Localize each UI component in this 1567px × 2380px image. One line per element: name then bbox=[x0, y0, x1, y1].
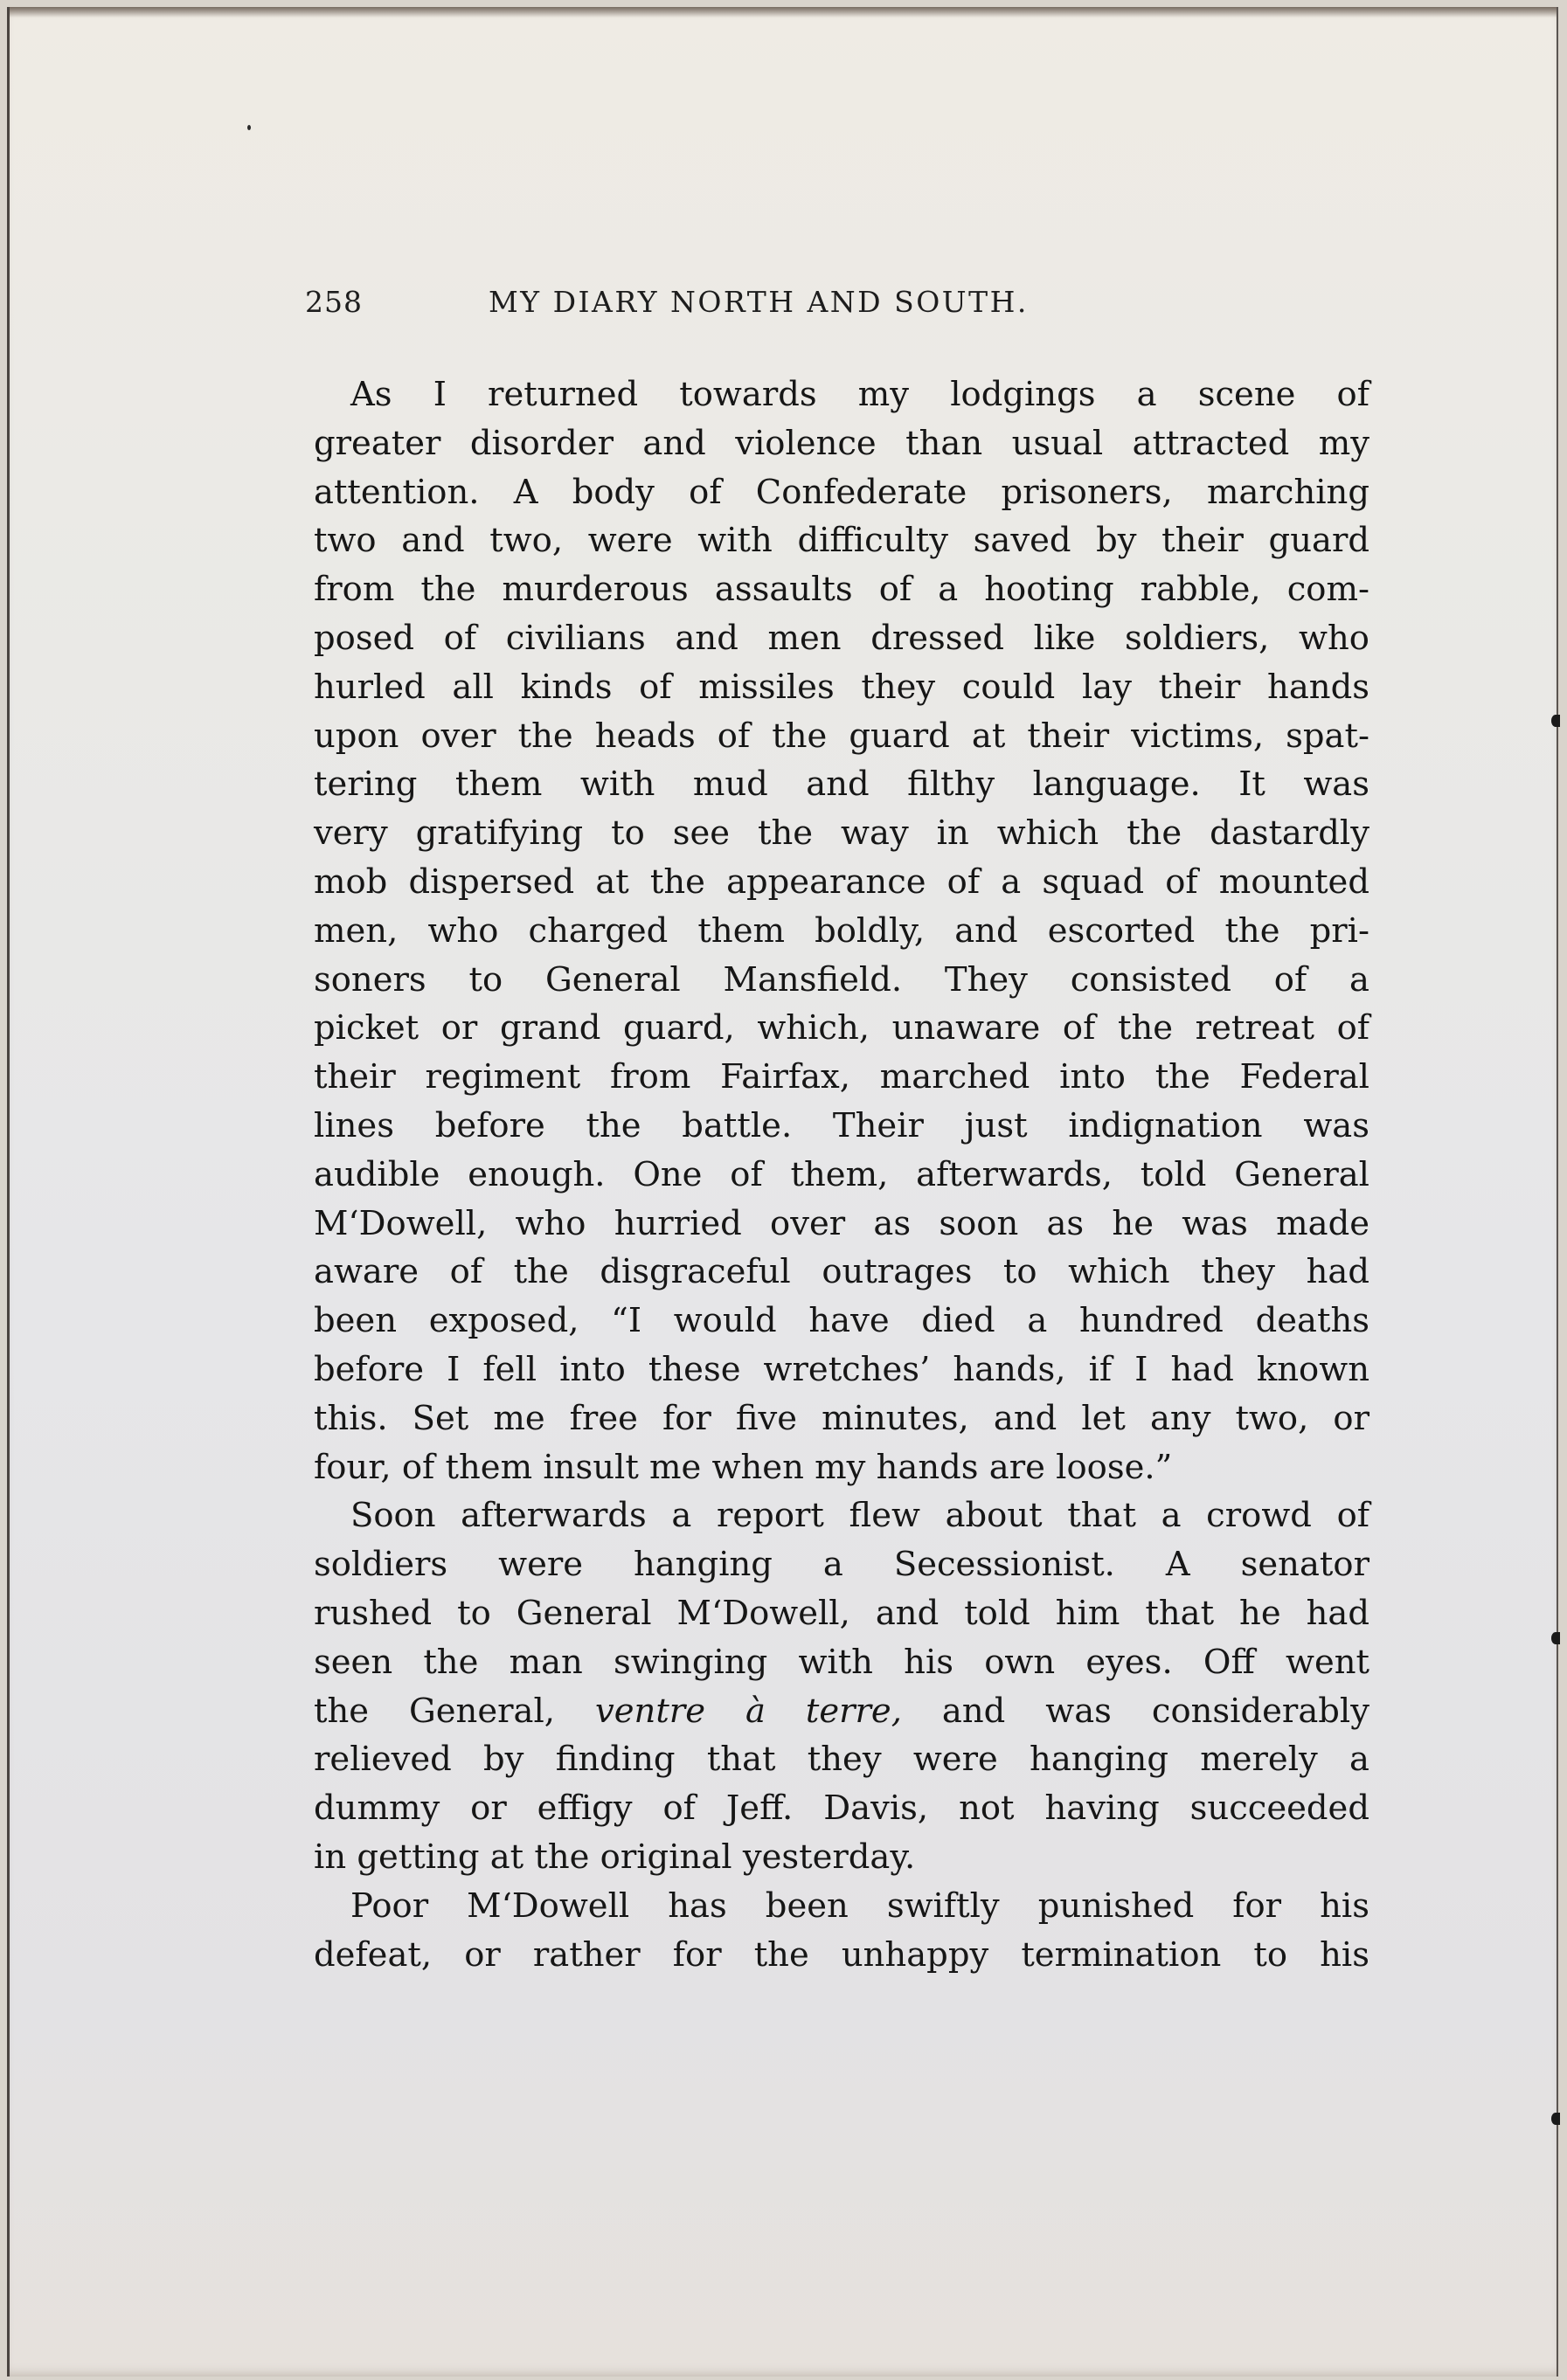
text-line: M‘Dowell, who hurried over as soon as he… bbox=[314, 1200, 1369, 1249]
text-line: men, who charged them boldly, and escort… bbox=[314, 907, 1369, 956]
text-line: attention. A body of Confederate prisone… bbox=[314, 468, 1369, 517]
text-line: before I fell into these wretches’ hands… bbox=[314, 1346, 1369, 1394]
text-line: soners to General Mansfield. They consis… bbox=[314, 956, 1369, 1005]
paragraph: Soon afterwards a report flew about that… bbox=[314, 1491, 1369, 1881]
text-line: tering them with mud and filthy language… bbox=[314, 760, 1369, 809]
page-edge-mark bbox=[1551, 715, 1560, 727]
text-line: aware of the disgraceful outrages to whi… bbox=[314, 1248, 1369, 1297]
text-line: seen the man swinging with his own eyes.… bbox=[314, 1638, 1369, 1687]
page-number: 258 bbox=[305, 285, 489, 319]
running-title: MY DIARY NORTH AND SOUTH. bbox=[489, 285, 1029, 319]
text-line: Poor M‘Dowell has been swiftly punished … bbox=[314, 1882, 1369, 1931]
text-line: very gratifying to see the way in which … bbox=[314, 809, 1369, 858]
text-line: greater disorder and violence than usual… bbox=[314, 419, 1369, 468]
text-line: hurled all kinds of missiles they could … bbox=[314, 663, 1369, 712]
text-line: this. Set me free for five minutes, and … bbox=[314, 1394, 1369, 1443]
text-line: posed of civilians and men dressed like … bbox=[314, 614, 1369, 663]
body-text: As I returned towards my lodgings a scen… bbox=[314, 370, 1369, 1979]
text-line: their regiment from Fairfax, marched int… bbox=[314, 1053, 1369, 1102]
page-edge-mark bbox=[1551, 2113, 1560, 2125]
text-run: and was considerably bbox=[902, 1692, 1369, 1731]
text-line: soldiers were hanging a Secessionist. A … bbox=[314, 1540, 1369, 1589]
text-line: audible enough. One of them, afterwards,… bbox=[314, 1151, 1369, 1200]
book-page: 258MY DIARY NORTH AND SOUTH. As I return… bbox=[7, 7, 1558, 2377]
text-line: rushed to General M‘Dowell, and told him… bbox=[314, 1589, 1369, 1638]
text-line: from the murderous assaults of a hooting… bbox=[314, 565, 1369, 614]
running-head: 258MY DIARY NORTH AND SOUTH. bbox=[305, 285, 1380, 319]
italic-phrase: ventre à terre, bbox=[595, 1692, 902, 1731]
text-line-with-italic: the General, ventre à terre, and was con… bbox=[314, 1687, 1369, 1736]
text-line: in getting at the original yesterday. bbox=[314, 1833, 1369, 1882]
text-line: two and two, were with difficulty saved … bbox=[314, 516, 1369, 565]
text-line: upon over the heads of the guard at thei… bbox=[314, 712, 1369, 761]
text-line: mob dispersed at the appearance of a squ… bbox=[314, 858, 1369, 907]
text-line: been exposed, “I would have died a hundr… bbox=[314, 1297, 1369, 1346]
text-line: relieved by finding that they were hangi… bbox=[314, 1735, 1369, 1784]
text-line: lines before the battle. Their just indi… bbox=[314, 1102, 1369, 1151]
text-run: the General, bbox=[314, 1692, 595, 1731]
page-edge-mark bbox=[1551, 1632, 1560, 1644]
text-line: defeat, or rather for the unhappy termin… bbox=[314, 1931, 1369, 1980]
text-line: As I returned towards my lodgings a scen… bbox=[314, 370, 1369, 419]
text-line: Soon afterwards a report flew about that… bbox=[314, 1491, 1369, 1540]
paragraph: Poor M‘Dowell has been swiftly punished … bbox=[314, 1882, 1369, 1980]
text-line: four, of them insult me when my hands ar… bbox=[314, 1443, 1369, 1492]
ink-speck bbox=[247, 125, 251, 130]
text-line: dummy or effigy of Jeff. Davis, not havi… bbox=[314, 1784, 1369, 1833]
paragraph: As I returned towards my lodgings a scen… bbox=[314, 370, 1369, 1491]
text-line: picket or grand guard, which, unaware of… bbox=[314, 1004, 1369, 1053]
